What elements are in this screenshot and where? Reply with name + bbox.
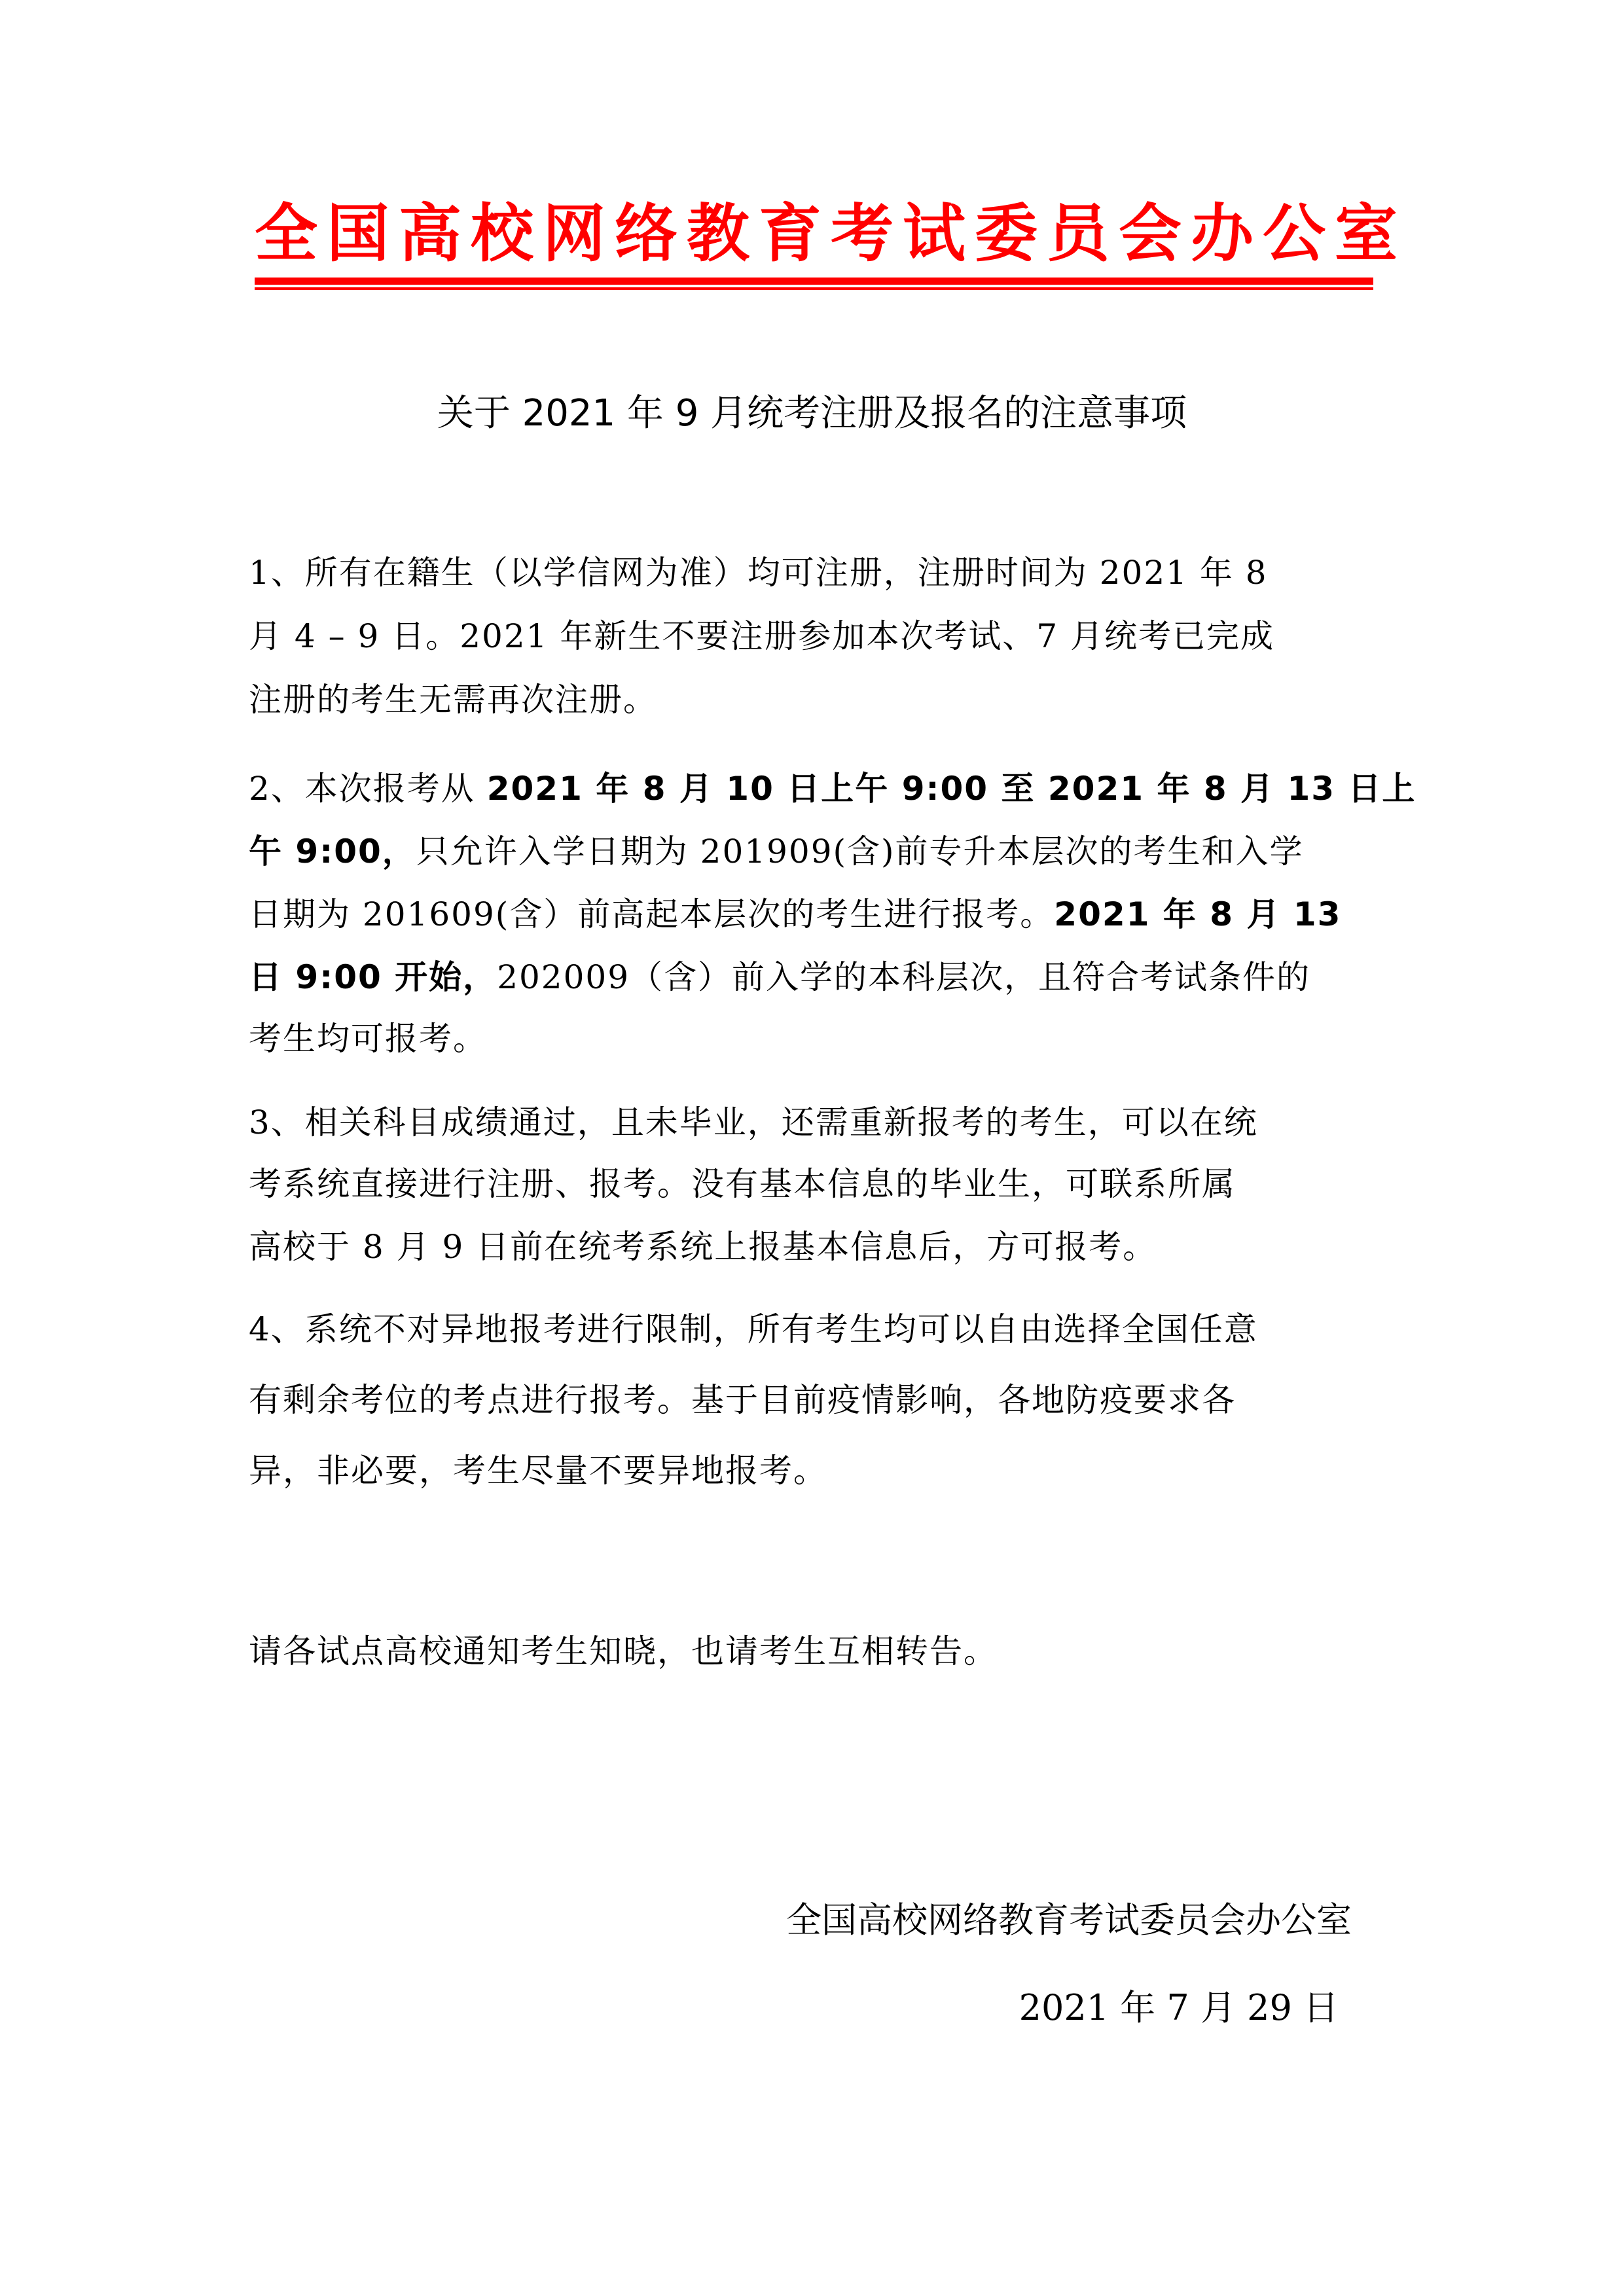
paragraph-line: 日 9:00 开始，202009（含）前入学的本科层次，且符合考试条件的	[249, 954, 1375, 1000]
signature-date: 2021 年 7 月 29 日	[982, 1984, 1339, 2032]
paragraph-line: 考系统直接进行注册、报考。没有基本信息的毕业生，可联系所属	[249, 1161, 1375, 1207]
paragraph-line: 异，非必要，考生尽量不要异地报考。	[249, 1448, 1375, 1494]
paragraph-line: 4、系统不对异地报考进行限制，所有考生均可以自由选择全国任意	[249, 1306, 1375, 1352]
paragraph-line: 1、所有在籍生（以学信网为准）均可注册，注册时间为 2021 年 8	[249, 550, 1375, 596]
paragraph-line: 午 9:00，只允许入学日期为 201909(含)前专升本层次的考生和入学	[249, 829, 1375, 874]
document-page: 全国高校网络教育考试委员会办公室 关于 2021 年 9 月统考注册及报名的注意…	[0, 0, 1624, 2296]
masthead-rule-thin	[255, 287, 1373, 290]
paragraph-line: 2、本次报考从 2021 年 8 月 10 日上午 9:00 至 2021 年 …	[249, 766, 1375, 812]
masthead-title: 全国高校网络教育考试委员会办公室	[255, 196, 1373, 272]
paragraph-line: 月 4 – 9 日。2021 年新生不要注册参加本次考试、7 月统考已完成	[249, 613, 1375, 659]
paragraph-line: 注册的考生无需再次注册。	[249, 677, 1375, 723]
emphasis-text: 2021 年 8 月 13	[1054, 895, 1341, 933]
paragraph-line: 高校于 8 月 9 日前在统考系统上报基本信息后，方可报考。	[249, 1224, 1375, 1270]
paragraph-line: 考生均可报考。	[249, 1016, 1375, 1062]
paragraph-line: 3、相关科目成绩通过，且未毕业，还需重新报考的考生，可以在统	[249, 1100, 1375, 1145]
emphasis-text: 午 9:00，	[249, 833, 416, 870]
emphasis-text: 2021 年 8 月 10 日上午 9:00 至 2021 年 8 月 13 日…	[487, 770, 1416, 808]
document-title: 关于 2021 年 9 月统考注册及报名的注意事项	[314, 387, 1310, 440]
closing-note: 请各试点高校通知考生知晓，也请考生互相转告。	[249, 1628, 1375, 1674]
paragraph-line: 日期为 201609(含）前高起本层次的考生进行报考。2021 年 8 月 13	[249, 891, 1375, 937]
signature-issuer: 全国高校网络教育考试委员会办公室	[707, 1897, 1352, 1944]
masthead-rule-thick	[255, 278, 1373, 285]
emphasis-text: 日 9:00 开始，	[249, 958, 497, 996]
paragraph-line: 有剩余考位的考点进行报考。基于目前疫情影响，各地防疫要求各	[249, 1377, 1375, 1423]
